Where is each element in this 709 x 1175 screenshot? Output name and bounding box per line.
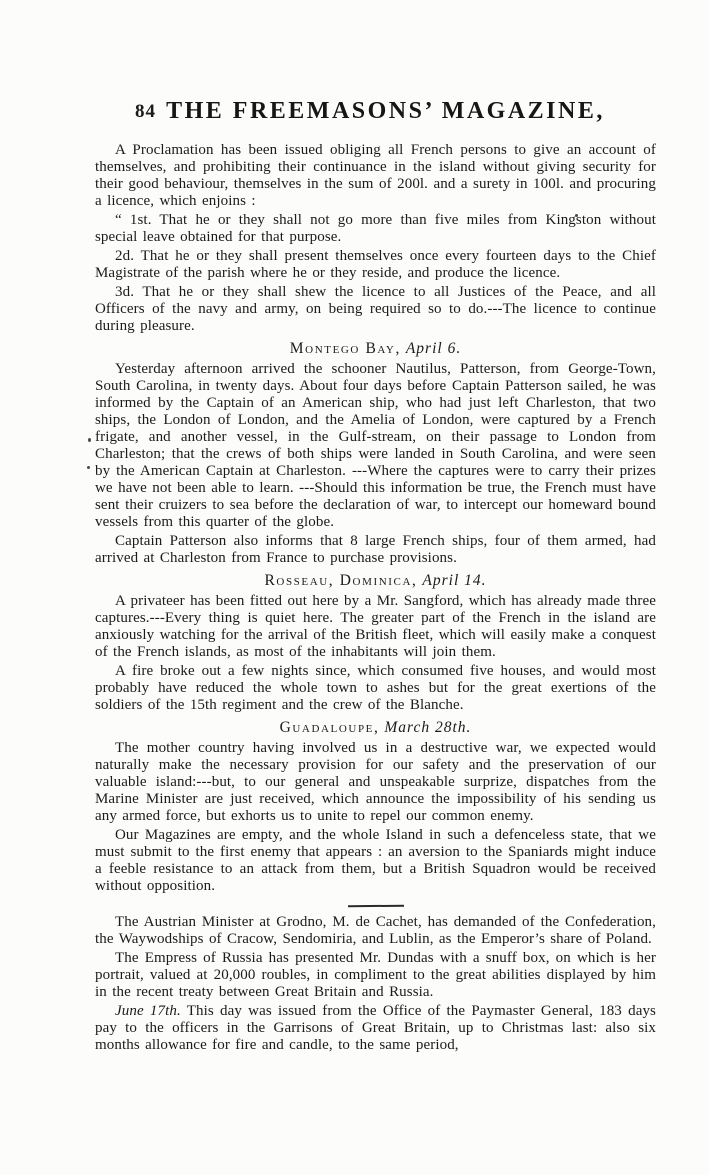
list-item-third-condition: 3d. That he or they shall shew the licen… [95, 284, 656, 335]
news-briefs: The Austrian Minister at Grodno, M. de C… [95, 914, 656, 1054]
section-divider [347, 905, 403, 908]
article-body: A Proclamation has been issued obliging … [95, 142, 656, 1054]
running-head: 84 THE FREEMASONS’ MAGAZINE, [95, 98, 656, 128]
scan-speck [87, 466, 90, 469]
paragraph-austrian-minister: The Austrian Minister at Grodno, M. de C… [95, 914, 656, 948]
dateline-date: April 6. [406, 340, 461, 357]
dateline-rosseau-dominica: Rosseau, Dominica, April 14. [95, 572, 656, 590]
list-item-second-condition: 2d. That he or they shall present themse… [95, 248, 656, 282]
dateline-date: April 14. [422, 572, 486, 589]
scan-speck [88, 438, 91, 442]
paragraph-nautilus-report: Yesterday afternoon arrived the schooner… [95, 361, 656, 531]
dateline-date: March 28th. [384, 719, 471, 736]
paragraph-fire: A fire broke out a few nights since, whi… [95, 663, 656, 714]
dateline-place: Guadaloupe, [280, 719, 380, 736]
paragraph-proclamation-intro: A Proclamation has been issued obliging … [95, 142, 656, 210]
paragraph-magazines-empty: Our Magazines are empty, and the whole I… [95, 827, 656, 895]
paragraph-paymaster: June 17th. This day was issued from the … [95, 1003, 656, 1054]
paragraph-french-ships: Captain Patterson also informs that 8 la… [95, 533, 656, 567]
text-column: 84 THE FREEMASONS’ MAGAZINE, A Proclamat… [95, 98, 656, 1056]
dateline-guadaloupe: Guadaloupe, March 28th. [95, 719, 656, 737]
paragraph-lead-date: June 17th. [115, 1003, 181, 1019]
dateline-montego-bay: Montego Bay, April 6. [95, 340, 656, 358]
dateline-place: Rosseau, Dominica, [264, 572, 417, 589]
paragraph-privateer: A privateer has been fitted out here by … [95, 593, 656, 661]
list-item-first-condition: “ 1st. That he or they shall not go more… [95, 212, 656, 246]
paragraph-mother-country: The mother country having involved us in… [95, 740, 656, 825]
dateline-place: Montego Bay, [290, 340, 401, 357]
paragraph-empress-russia: The Empress of Russia has presented Mr. … [95, 950, 656, 1001]
scanned-magazine-page: 84 THE FREEMASONS’ MAGAZINE, A Proclamat… [0, 0, 709, 1175]
magazine-masthead: THE FREEMASONS’ MAGAZINE, [105, 98, 666, 125]
